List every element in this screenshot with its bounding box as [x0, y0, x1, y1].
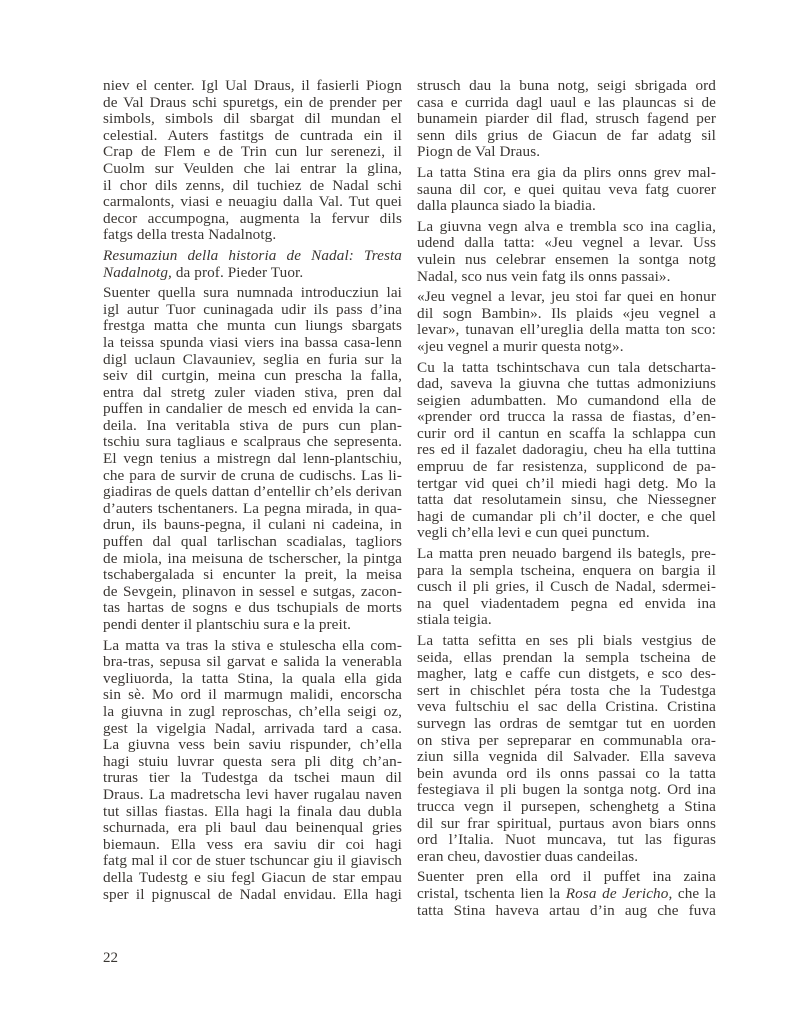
- text-line: «jeu vegnel a murir questa notg».: [417, 339, 716, 356]
- text-line: Cu la tatta tschintschava cun tala detsc…: [417, 360, 716, 377]
- text-line: de Sevgein, plinavon in sessel e sutgas,…: [103, 584, 402, 601]
- text-line: Piogn de Val Draus.: [417, 144, 716, 161]
- text-line: on stiva per sepreparar en communabla or…: [417, 733, 716, 750]
- page-number: 22: [103, 950, 118, 967]
- text-line: deila. Ina veritabla stiva de purs cun p…: [103, 418, 402, 435]
- text-line: udend dalla tatta: «Jeu vegnel a levar. …: [417, 235, 716, 252]
- left-column: niev el center. Igl Ual Draus, il fasier…: [103, 78, 402, 903]
- text-line: tut sillas fiastas. Ella hagi la finala …: [103, 804, 402, 821]
- text-line: igl autur Tuor cuninagada udir ils pass …: [103, 302, 402, 319]
- text-line: de Val Draus schi spuretgs, ein de prend…: [103, 95, 402, 112]
- right-column: strusch dau la buna notg, seigi sbrigada…: [417, 78, 716, 919]
- paragraph-jeu-vegnel: «Jeu vegnel a levar, jeu stoi far quei e…: [417, 289, 716, 355]
- text-line: d’auters tschentaners. La pegna mirada, …: [103, 501, 402, 518]
- text-line: casa e currida dagl uaul e las plauncas …: [417, 95, 716, 112]
- text-line: para la sempla tscheina, enquera on barg…: [417, 563, 716, 580]
- text-line: ziun silla vegnida dil Salvader. Ella sa…: [417, 749, 716, 766]
- text-line: la giuvna in zugl reproschas, ch’ella se…: [103, 704, 402, 721]
- text-line: dad, saveva la giuvna che tuttas admoniz…: [417, 376, 716, 393]
- paragraph-admoniziuns: Cu la tatta tschintschava cun tala detsc…: [417, 360, 716, 543]
- text-line: vulein nus celebrar ensemen la sontga no…: [417, 252, 716, 269]
- text-line: res ed il fazalet dadoragiu, cheu ha ell…: [417, 442, 716, 459]
- text-line: cristal, tschenta lien la Rosa de Jerich…: [417, 886, 716, 903]
- text-segment: cristal, tschenta lien la: [417, 885, 566, 902]
- text-line: tschiu sura tagliaus e scalpraus che sep…: [103, 434, 402, 451]
- text-line: Draus. La madretscha levi haver rugalau …: [103, 787, 402, 804]
- text-line: Suenter pren ella ord il puffet ina zain…: [417, 869, 716, 886]
- paragraph-tatta-ill: La tatta Stina era gia da plirs onns gre…: [417, 165, 716, 215]
- section-heading: Resumaziun della historia de Nadal: Tres…: [103, 248, 402, 281]
- text-line: cusch il pli gries, il Cusch de Nadal, s…: [417, 579, 716, 596]
- text-line: curir ord il cantun en scaffa la schlapp…: [417, 426, 716, 443]
- text-line: dil sur frar spiritual, purtaus avon bia…: [417, 816, 716, 833]
- text-line: empruu de far resistenza, supplicond de …: [417, 459, 716, 476]
- text-line: festegiava il pli bugen la sontga notg. …: [417, 782, 716, 799]
- text-line: il chor dils zenns, dil tuchiez de Nadal…: [103, 178, 402, 195]
- paragraph-intro: niev el center. Igl Ual Draus, il fasier…: [103, 78, 402, 244]
- text-line: sert in chischlet péra tosta che la Tude…: [417, 683, 716, 700]
- text-line: na quel viadentadem pegna ed envida ina: [417, 596, 716, 613]
- text-line: dil sogn Bambin». Ils plaids «jeu vegnel…: [417, 306, 716, 323]
- text-line: La matta pren neuado bargend ils bategls…: [417, 546, 716, 563]
- text-line: seida, ellas prendan la sempla tscheina …: [417, 650, 716, 667]
- text-line: hagi de cumandar pli ch’il docter, e che…: [417, 509, 716, 526]
- text-line: tschabergalada si encunter la preit, la …: [103, 567, 402, 584]
- text-line: la teissa spunda viasi viers ina bassa c…: [103, 335, 402, 352]
- text-line: strusch dau la buna notg, seigi sbrigada…: [417, 78, 716, 95]
- text-line: decor accumpogna, augmenta la fervur dil…: [103, 211, 402, 228]
- text-line: sper il pignuscal de Nadal envidau. Ella…: [103, 887, 402, 904]
- text-line: drun, ils bauns-pegna, il culani ni cade…: [103, 517, 402, 534]
- text-line: vegliuorda, la tatta Stina, la quala ell…: [103, 671, 402, 688]
- text-line: «Jeu vegnel a levar, jeu stoi far quei e…: [417, 289, 716, 306]
- text-line: fatg mal il cor de stuer tschuncar giu i…: [103, 853, 402, 870]
- text-line: hagi stuiu luvrar questa sera pli ditg c…: [103, 754, 402, 771]
- text-line: veva fultschiu el sac della Cristina. Cr…: [417, 699, 716, 716]
- text-line: La giuvna vegn alva e trembla sco ina ca…: [417, 219, 716, 236]
- text-line: frestga matta che munta cun liungs sbarg…: [103, 318, 402, 335]
- text-line: Nadal, sco nus vein fatg ils onns passai…: [417, 269, 716, 286]
- text-line: sauna dil cor, e quei quitau veva fatg c…: [417, 182, 716, 199]
- text-line: Crap de Flem e de Trin cun lur serenezi,…: [103, 144, 402, 161]
- text-line: vegli ch’ella levi e cun quei punctum.: [417, 525, 716, 542]
- paragraph-tscheina: La matta pren neuado bargend ils bategls…: [417, 546, 716, 629]
- text-line: tertgar vid quei ch’il miedi hagi detg. …: [417, 476, 716, 493]
- text-line: La tatta sefitta en ses pli bials vestgi…: [417, 633, 716, 650]
- text-line: tatta Stina haveva artau d’in aug che fu…: [417, 903, 716, 920]
- text-line: entra dal stretg zuler viaden stiva, pre…: [103, 385, 402, 402]
- text-line: survegn las ordras de semtgar tut en uor…: [417, 716, 716, 733]
- text-line: tas hartas de sogns e dus tschupials de …: [103, 600, 402, 617]
- text-line: bunamein piarder dil flad, strusch fagen…: [417, 111, 716, 128]
- paragraph-continuation: strusch dau la buna notg, seigi sbrigada…: [417, 78, 716, 161]
- heading-author: da prof. Pieder Tuor.: [172, 264, 303, 281]
- text-line: «prender ord trucca la rassa de fiastas,…: [417, 409, 716, 426]
- text-line: La tatta Stina era gia da plirs onns gre…: [417, 165, 716, 182]
- text-line: Suenter quella sura numnada introducziun…: [103, 285, 402, 302]
- text-line: truras tier la Tudestga da tschei maun d…: [103, 770, 402, 787]
- text-line: levar», tunavan ell’ureglia della matta …: [417, 322, 716, 339]
- text-line: Cuolm sur Veulden che lai entrar la glin…: [103, 161, 402, 178]
- text-line: La giuvna vess bein saviu rispunder, ch’…: [103, 737, 402, 754]
- text-line: ord l’Italia. Nuot muncava, tut las figu…: [417, 832, 716, 849]
- text-line: de miola, ina meisuna de tscherscher, la…: [103, 551, 402, 568]
- text-line: dalla plaunca siado la biadia.: [417, 198, 716, 215]
- text-line: seiv dil curtgin, meina cun prescha la f…: [103, 368, 402, 385]
- text-line: giadiras de quels dattan d’entellir ch’e…: [103, 484, 402, 501]
- paragraph-matta-stina: La matta va tras la stiva e stulescha el…: [103, 638, 402, 904]
- text-line: trucca vegn il pursepen, schenghetg a St…: [417, 799, 716, 816]
- text-line: fatgs della tresta Nadalnotg.: [103, 227, 402, 244]
- text-line: El vegn tenius a mistregn dal lenn-plant…: [103, 451, 402, 468]
- text-line: senn dils grius de Giacun de far adatg s…: [417, 128, 716, 145]
- text-line: bra-tras, sepusa sil garvat e salida la …: [103, 654, 402, 671]
- text-line: bein avunda ord ils onns passai co la ta…: [417, 766, 716, 783]
- text-segment: che la: [672, 885, 716, 902]
- text-line: pendi denter il plantschiu sura e la pre…: [103, 617, 402, 634]
- text-line: carmalonts, viasi e neuagiu dalla Val. T…: [103, 194, 402, 211]
- heading-line: Resumaziun della historia de Nadal: Tres…: [103, 248, 402, 265]
- italic-title-rosa: Rosa de Jericho,: [566, 885, 673, 902]
- text-line: puffen dal qual tarlischan scadialas, ta…: [103, 534, 402, 551]
- paragraph-story-opening: Suenter quella sura numnada introducziun…: [103, 285, 402, 633]
- text-line: magher, latg e caffe cun distgets, e sco…: [417, 666, 716, 683]
- text-line: simbols, simbols dil sbargat dil mundan …: [103, 111, 402, 128]
- paragraph-giuvna-trembla: La giuvna vegn alva e trembla sco ina ca…: [417, 219, 716, 285]
- text-line: seigien adumbatten. Mo cumandond ella de: [417, 393, 716, 410]
- text-line: eran cheu, davostier duas candeilas.: [417, 849, 716, 866]
- text-line: sin sè. Mo ord il marmugn malidi, encors…: [103, 687, 402, 704]
- text-line: schurnada, era pli baul dau beinenqual g…: [103, 820, 402, 837]
- paragraph-rosa-de-jericho: Suenter pren ella ord il puffet ina zain…: [417, 869, 716, 919]
- text-line: che para de survir de cruna de cudischs.…: [103, 468, 402, 485]
- text-line: puffen in candalier de mesch ed envida l…: [103, 401, 402, 418]
- text-line: celestial. Auters fastitgs de cuntrada e…: [103, 128, 402, 145]
- heading-title-italic: Nadalnotg,: [103, 264, 172, 281]
- text-line: digl uclaun Clavauniev, seglia en furia …: [103, 352, 402, 369]
- text-line: La matta va tras la stiva e stulescha el…: [103, 638, 402, 655]
- text-line: tatta dat resolutamein sinsu, che Niesse…: [417, 492, 716, 509]
- text-line: niev el center. Igl Ual Draus, il fasier…: [103, 78, 402, 95]
- text-line: della Tudestg e siu fegl Giacun de star …: [103, 870, 402, 887]
- paragraph-vestgius: La tatta sefitta en ses pli bials vestgi…: [417, 633, 716, 865]
- text-line: gest la vigelgia Nadal, arrivada tard a …: [103, 721, 402, 738]
- text-line: stiala teigia.: [417, 612, 716, 629]
- heading-line: Nadalnotg, da prof. Pieder Tuor.: [103, 265, 402, 282]
- text-line: biemaun. Ella vess era saviu dir coi hag…: [103, 837, 402, 854]
